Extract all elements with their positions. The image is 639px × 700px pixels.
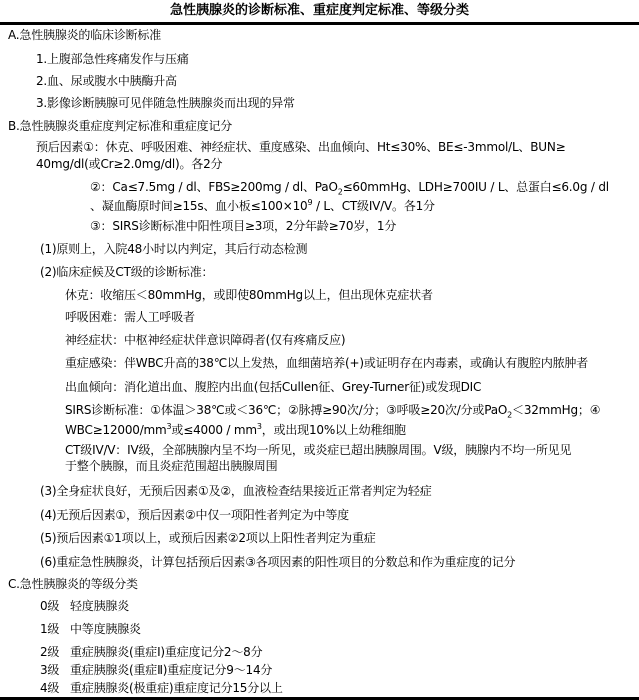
prognostic-factor-2-line1: ②：Ca≤7.5mg / dl、FBS≥200mg / dl、PaO2≤60mm…	[90, 180, 609, 195]
prognostic-factor-1-line2: 40mg/dl(或Cr≥2.0mg/dl)。各2分	[36, 157, 222, 172]
grade-row: 1级中等度胰腺炎	[40, 622, 141, 637]
section-a-item: 1.上腹部急性疼痛发作与压痛	[36, 52, 189, 67]
grade-row: 0级轻度胰腺炎	[40, 599, 129, 614]
grade-desc: 重症胰腺炎(极重症)重症度记分15分以上	[70, 681, 283, 695]
text: / L、CT级IV/V。各1分	[312, 199, 435, 213]
grade-row: 3级重症胰腺炎(重症Ⅱ)重症度记分9～14分	[40, 663, 272, 678]
prognostic-factor-1-line1: 预后因素①：休克、呼吸困难、神经症状、重度感染、出血倾向、Ht≤30%、BE≤-…	[36, 140, 565, 155]
criteria-sirs-line2: WBC≥12000/mm3或≤4000 / mm3，或出现10%以上幼稚细胞	[65, 423, 406, 438]
grade-desc: 重症胰腺炎(重症Ⅰ)重症度记分2～8分	[70, 645, 262, 659]
criteria-neuro: 神经症状：中枢神经症状伴意识障碍者(仅有疼痛反应)	[65, 333, 345, 348]
section-a-heading: A.急性胰腺炎的临床诊断标准	[8, 28, 161, 43]
note-5: (5)预后因素①1项以上，或预后因素②2项以上阳性者判定为重症	[40, 531, 376, 546]
grade-level: 0级	[40, 599, 70, 614]
grade-row: 4级重症胰腺炎(极重症)重症度记分15分以上	[40, 681, 283, 696]
note-3: (3)全身症状良好，无预后因素①及②，血液检查结果接近正常者判定为轻症	[40, 484, 432, 499]
top-rule	[0, 22, 639, 25]
text: ≤60mmHg、LDH≥700IU / L、总蛋白≤6.0g / dl	[343, 180, 609, 194]
text: ，或出现10%以上幼稚细胞	[262, 423, 406, 437]
criteria-ct-line2: 于整个胰腺，而且炎症范围超出胰腺周围	[65, 459, 277, 474]
text: ②：Ca≤7.5mg / dl、FBS≥200mg / dl、PaO	[90, 180, 338, 194]
prognostic-factor-3: ③：SIRS诊断标准中阳性项目≥3项，2分年龄≥70岁，1分	[90, 219, 396, 234]
criteria-infection: 重症感染：伴WBC升高的38℃以上发热，血细菌培养(+)或证明存在内毒素，或确认…	[65, 356, 588, 371]
grade-level: 3级	[40, 663, 70, 678]
criteria-sirs-line1: SIRS诊断标准：①体温＞38℃或＜36℃；②脉搏≥90次/分；③呼吸≥20次/…	[65, 403, 600, 418]
text: ＜32mmHg；④	[512, 403, 600, 417]
prognostic-factor-2-line2: 、凝血酶原时间≥15s、血小板≤100×109 / L、CT级IV/V。各1分	[90, 199, 435, 214]
text: WBC≥12000/mm	[65, 423, 167, 437]
criteria-dyspnea: 呼吸困难：需人工呼吸者	[65, 310, 195, 325]
criteria-ct-line1: CT级IV/Ⅴ：IV级，全部胰腺内呈不均一所见，或炎症已超出胰腺周围。Ⅴ级，胰腺…	[65, 443, 571, 458]
page-title: 急性胰腺炎的诊断标准、重症度判定标准、等级分类	[0, 3, 639, 19]
grade-desc: 中等度胰腺炎	[70, 622, 141, 636]
text: 或≤4000 / mm	[171, 423, 256, 437]
grade-level: 2级	[40, 645, 70, 660]
section-c-heading: C.急性胰腺炎的等级分类	[8, 577, 138, 592]
note-1: (1)原则上，入院48小时以内判定，其后行动态检测	[40, 242, 307, 257]
note-2: (2)临床症候及CT级的诊断标准：	[40, 265, 213, 280]
note-6: (6)重症急性胰腺炎，计算包括预后因素③各项因素的阳性项目的分数总和作为重症度的…	[40, 555, 515, 570]
text: 、凝血酶原时间≥15s、血小板≤100×10	[90, 199, 307, 213]
criteria-bleeding: 出血倾向：消化道出血、腹腔内出血(包括Cullen征、Grey-Turner征)…	[65, 380, 481, 395]
note-4: (4)无预后因素①，预后因素②中仅一项阳性者判定为中等度	[40, 508, 349, 523]
grade-level: 4级	[40, 681, 70, 696]
section-a-item: 3.影像诊断胰腺可见伴随急性胰腺炎而出现的异常	[36, 96, 295, 111]
section-b-heading: B.急性胰腺炎重症度判定标准和重症度记分	[8, 119, 232, 134]
criteria-shock: 休克：收缩压＜80mmHg，或即使80mmHg以上，但出现休克症状者	[65, 288, 433, 303]
section-a-item: 2.血、尿或腹水中胰酶升高	[36, 74, 177, 89]
grade-desc: 轻度胰腺炎	[70, 599, 129, 613]
grade-desc: 重症胰腺炎(重症Ⅱ)重症度记分9～14分	[70, 663, 272, 677]
grade-level: 1级	[40, 622, 70, 637]
text: SIRS诊断标准：①体温＞38℃或＜36℃；②脉搏≥90次/分；③呼吸≥20次/…	[65, 403, 507, 417]
grade-row: 2级重症胰腺炎(重症Ⅰ)重症度记分2～8分	[40, 645, 262, 660]
